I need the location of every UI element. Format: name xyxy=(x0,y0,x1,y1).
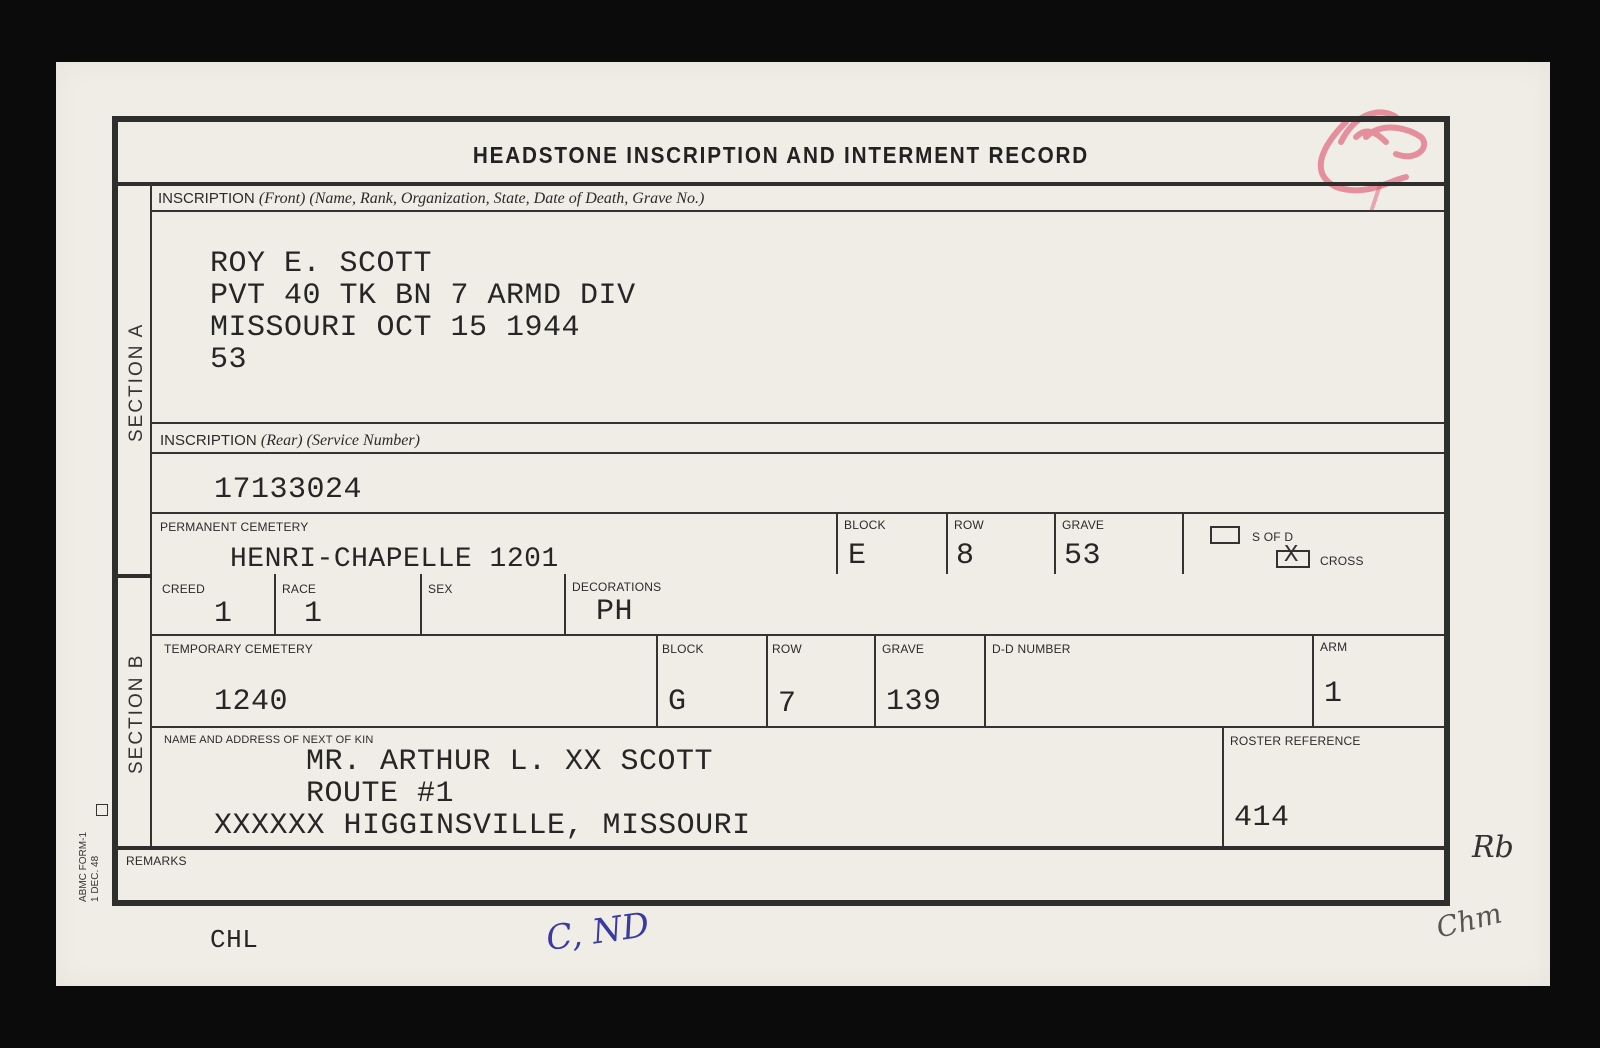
divider xyxy=(274,574,276,634)
divider xyxy=(118,846,1444,850)
roster-reference-label: ROSTER REFERENCE xyxy=(1230,734,1361,748)
temp-block-label: BLOCK xyxy=(662,642,704,656)
divider xyxy=(1222,726,1224,846)
divider xyxy=(1182,512,1184,574)
divider xyxy=(152,422,1444,424)
inscription-front-label: INSCRIPTION (Front) (Name, Rank, Organiz… xyxy=(158,190,704,208)
divider xyxy=(874,634,876,726)
perm-row-value: 8 xyxy=(956,540,975,572)
s-of-d-checkbox[interactable] xyxy=(1210,526,1240,544)
inscription-line: 53 xyxy=(210,344,247,376)
temp-grave-label: GRAVE xyxy=(882,642,924,656)
divider xyxy=(118,182,1444,186)
inscription-line: ROY E. SCOTT xyxy=(210,248,432,280)
cross-checkbox[interactable]: X xyxy=(1276,550,1310,568)
temp-block-value: G xyxy=(668,686,687,718)
divider xyxy=(836,512,838,574)
divider xyxy=(946,512,948,574)
cross-check-mark: X xyxy=(1284,542,1298,569)
dd-number-label: D-D NUMBER xyxy=(992,642,1071,656)
section-b-label: SECTION B xyxy=(126,654,148,774)
creed-value: 1 xyxy=(214,598,233,630)
divider xyxy=(564,574,566,634)
divider xyxy=(152,452,1444,454)
perm-row-label: ROW xyxy=(954,518,984,532)
race-label: RACE xyxy=(282,582,316,596)
handwritten-initials: Rb xyxy=(1472,830,1514,865)
blue-handwritten-annotation: C, ND xyxy=(544,905,652,959)
cross-label: CROSS xyxy=(1320,554,1364,568)
temp-row-label: ROW xyxy=(772,642,802,656)
divider xyxy=(420,574,422,634)
typed-annotation: CHL xyxy=(210,924,258,956)
next-of-kin-line: ROUTE #1 xyxy=(306,778,454,810)
section-a-label: SECTION A xyxy=(126,323,148,442)
temporary-cemetery-value: 1240 xyxy=(214,686,288,718)
form-id: ABMC FORM-1 1 DEC. 48 xyxy=(78,832,102,902)
perm-grave-value: 53 xyxy=(1064,540,1101,572)
permanent-cemetery-label: PERMANENT CEMETERY xyxy=(160,520,309,534)
decorations-label: DECORATIONS xyxy=(572,580,661,594)
divider xyxy=(152,512,1444,514)
divider xyxy=(152,726,1444,728)
arm-value: 1 xyxy=(1324,678,1343,710)
divider xyxy=(984,634,986,726)
form-frame: HEADSTONE INSCRIPTION AND INTERMENT RECO… xyxy=(112,116,1450,906)
divider xyxy=(766,634,768,726)
divider xyxy=(1054,512,1056,574)
temporary-cemetery-label: TEMPORARY CEMETERY xyxy=(164,642,313,656)
divider xyxy=(656,634,658,726)
divider xyxy=(118,574,152,578)
race-value: 1 xyxy=(304,598,323,630)
perm-block-label: BLOCK xyxy=(844,518,886,532)
inscription-rear-label: INSCRIPTION (Rear) (Service Number) xyxy=(160,432,420,450)
service-number: 17133024 xyxy=(214,474,362,506)
next-of-kin-line: MR. ARTHUR L. XX SCOTT xyxy=(306,746,713,778)
form-id-checkbox[interactable] xyxy=(96,804,108,816)
sex-label: SEX xyxy=(428,582,453,596)
record-card: HEADSTONE INSCRIPTION AND INTERMENT RECO… xyxy=(56,62,1550,986)
divider xyxy=(152,634,1444,636)
temp-grave-value: 139 xyxy=(886,686,942,718)
perm-block-value: E xyxy=(848,540,867,572)
remarks-label: REMARKS xyxy=(126,854,187,868)
creed-label: CREED xyxy=(162,582,205,596)
inscription-line: MISSOURI OCT 15 1944 xyxy=(210,312,580,344)
inscription-line: PVT 40 TK BN 7 ARMD DIV xyxy=(210,280,636,312)
permanent-cemetery-value: HENRI-CHAPELLE 1201 xyxy=(230,544,559,576)
decorations-value: PH xyxy=(596,596,633,628)
roster-reference-value: 414 xyxy=(1234,802,1290,834)
perm-grave-label: GRAVE xyxy=(1062,518,1104,532)
temp-row-value: 7 xyxy=(778,688,797,720)
arm-label: ARM xyxy=(1320,640,1347,654)
divider xyxy=(152,210,1444,212)
divider xyxy=(150,184,152,846)
form-title: HEADSTONE INSCRIPTION AND INTERMENT RECO… xyxy=(184,142,1377,169)
next-of-kin-line: XXXXXX HIGGINSVILLE, MISSOURI xyxy=(214,810,751,842)
divider xyxy=(1312,634,1314,726)
